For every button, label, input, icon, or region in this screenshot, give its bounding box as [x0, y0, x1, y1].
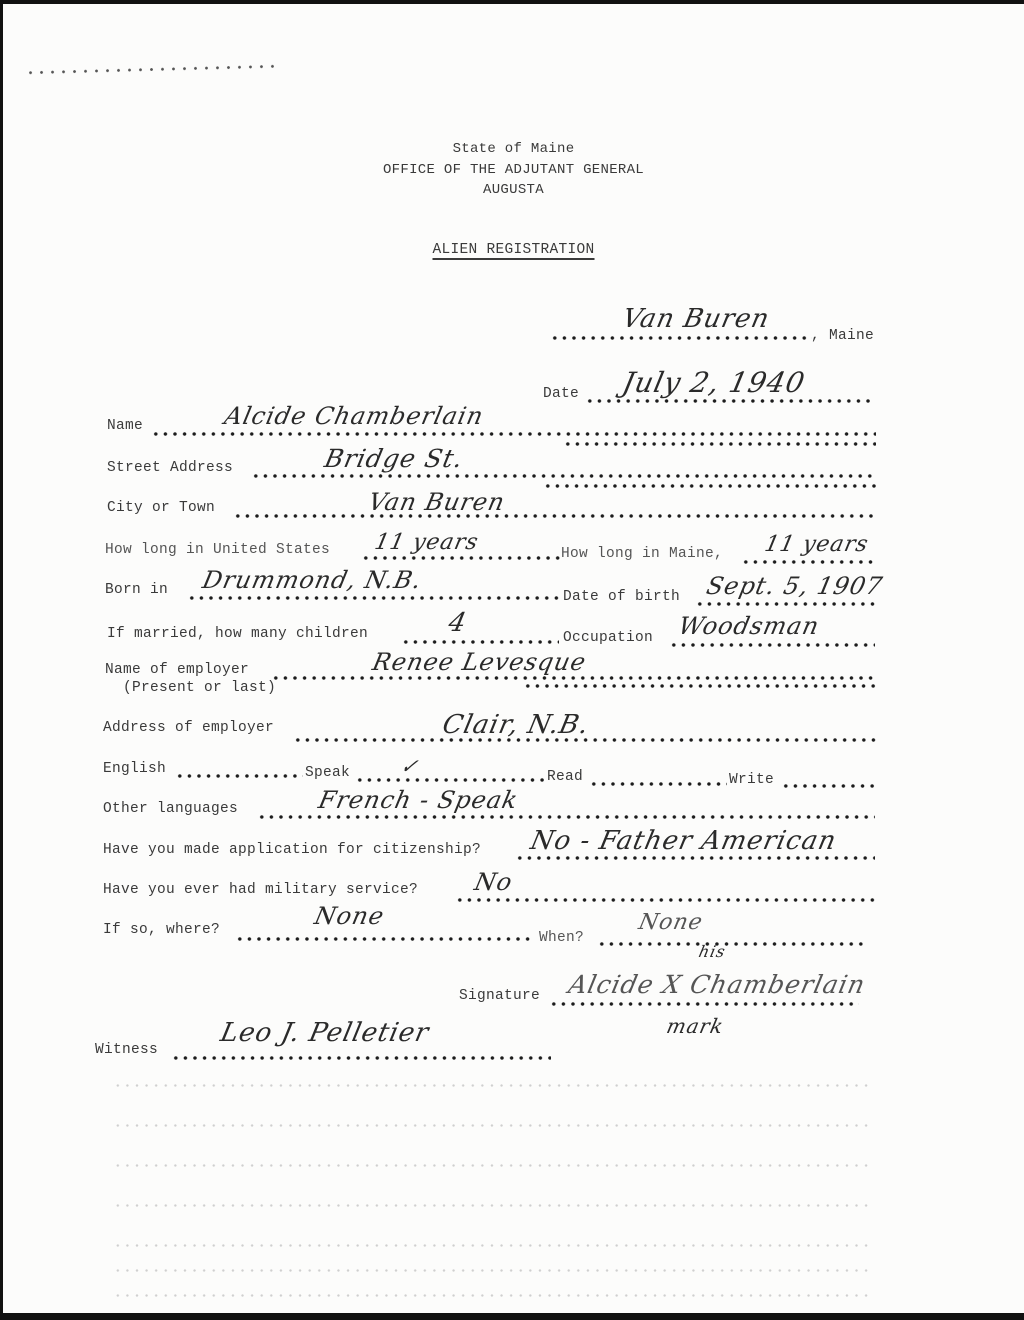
city-value: Van Buren — [366, 488, 508, 516]
ghost-line — [113, 1124, 873, 1127]
date-value: July 2, 1940 — [619, 366, 808, 399]
us-duration-label: How long in United States — [105, 542, 330, 558]
military-label: Have you ever had military service? — [103, 882, 418, 898]
mark-annotation: mark — [664, 1014, 726, 1038]
city-label: City or Town — [107, 500, 215, 516]
ghost-line — [113, 1244, 873, 1247]
form-title: ALIEN REGISTRATION — [3, 242, 1024, 258]
occupation-value: Woodsman — [676, 612, 822, 640]
ghost-line — [113, 1269, 873, 1272]
other-languages-value: French - Speak — [316, 786, 521, 814]
dob-label: Date of birth — [563, 589, 680, 605]
military-dotline — [455, 898, 875, 902]
children-dotline — [401, 640, 559, 644]
english-speak-label: Speak — [305, 765, 350, 781]
date-dotline — [585, 399, 875, 403]
where-label: If so, where? — [103, 922, 220, 938]
maine-duration-dotline — [741, 560, 875, 564]
born-in-label: Born in — [105, 582, 168, 598]
english-label: English — [103, 761, 166, 777]
location-value: Van Buren — [620, 304, 773, 334]
other-languages-label: Other languages — [103, 801, 238, 817]
employer-dotline-2 — [523, 684, 876, 688]
when-dotline — [597, 942, 865, 946]
other-languages-dotline — [257, 815, 875, 819]
employer-sublabel: (Present or last) — [123, 680, 276, 696]
employer-address-label: Address of employer — [103, 720, 274, 736]
english-speak-value: ✓ — [398, 754, 421, 778]
maine-duration-label: How long in Maine, — [561, 546, 723, 562]
military-value: No — [472, 868, 515, 896]
dob-dotline — [695, 602, 875, 606]
where-value: None — [312, 902, 387, 930]
witness-value: Leo J. Pelletier — [218, 1018, 432, 1048]
header-office: OFFICE OF THE ADJUTANT GENERAL — [3, 162, 1024, 178]
signature-label: Signature — [459, 988, 540, 1004]
children-value: 4 — [446, 608, 470, 638]
signature-value: Alcide X Chamberlain — [566, 970, 868, 999]
employer-address-value: Clair, N.B. — [440, 710, 592, 740]
ghost-line — [113, 1084, 873, 1087]
english-write-label: Write — [729, 772, 774, 788]
born-in-value: Drummond, N.B. — [200, 566, 425, 594]
location-dotline — [550, 336, 812, 340]
maine-duration-value: 11 years — [762, 532, 871, 557]
name-dotline-2 — [563, 442, 876, 446]
document-page: State of Maine OFFICE OF THE ADJUTANT GE… — [3, 4, 1024, 1313]
employer-value: Renee Levesque — [370, 648, 589, 676]
occupation-label: Occupation — [563, 630, 653, 646]
when-value: None — [636, 910, 705, 935]
citizenship-value: No - Father American — [528, 826, 840, 856]
english-dotline-1 — [175, 774, 303, 778]
header-city: AUGUSTA — [3, 182, 1024, 198]
when-label: When? — [539, 930, 584, 946]
date-label: Date — [543, 386, 579, 402]
english-dotline-2 — [355, 778, 545, 782]
scan-artifact — [25, 65, 280, 75]
witness-label: Witness — [95, 1042, 158, 1058]
witness-dotline — [171, 1056, 551, 1060]
street-dotline — [251, 474, 876, 478]
ghost-line — [113, 1294, 873, 1297]
signature-dotline — [549, 1002, 859, 1006]
citizenship-dotline — [515, 856, 875, 860]
born-in-dotline — [187, 596, 559, 600]
children-label: If married, how many children — [107, 626, 368, 642]
employer-dotline — [271, 676, 876, 680]
english-read-label: Read — [547, 769, 583, 785]
us-duration-value: 11 years — [372, 530, 481, 555]
location-suffix: , Maine — [811, 328, 874, 344]
english-dotline-4 — [781, 784, 875, 788]
ghost-line — [113, 1164, 873, 1167]
name-label: Name — [107, 418, 143, 434]
his-annotation: his — [697, 942, 728, 961]
header-state: State of Maine — [3, 141, 1024, 157]
us-duration-dotline — [361, 556, 561, 560]
where-dotline — [235, 937, 535, 941]
name-value: Alcide Chamberlain — [222, 402, 486, 430]
citizenship-label: Have you made application for citizenshi… — [103, 842, 481, 858]
city-dotline — [233, 514, 876, 518]
street-dotline-2 — [543, 484, 876, 488]
street-value: Bridge St. — [322, 444, 466, 473]
occupation-dotline — [669, 643, 875, 647]
employer-label: Name of employer — [105, 662, 249, 678]
dob-value: Sept. 5, 1907 — [704, 572, 885, 600]
name-dotline — [151, 432, 876, 436]
street-label: Street Address — [107, 460, 233, 476]
ghost-line — [113, 1204, 873, 1207]
english-dotline-3 — [589, 782, 727, 786]
